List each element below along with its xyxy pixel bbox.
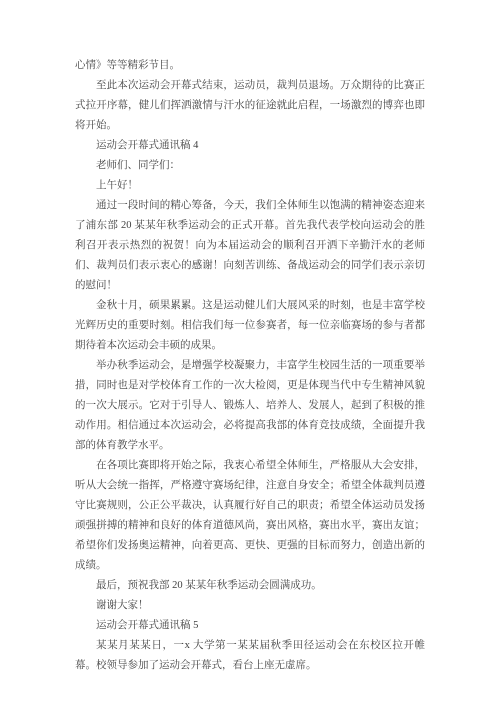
paragraph: 最后，预祝我部 20 某某年秋季运动会圆满成功。 <box>75 576 425 596</box>
paragraph: 在各项比赛即将开始之际，我衷心希望全体师生，严格服从大会安排，听从大会统一指挥，… <box>75 456 425 576</box>
paragraph: 通过一段时间的精心筹备，今天，我们全体师生以饱满的精神姿态迎来了浦东部 20 某… <box>75 196 425 296</box>
paragraph: 心情》等等精彩节目。 <box>75 56 425 76</box>
paragraph: 运动会开幕式通讯稿 5 <box>75 616 425 636</box>
document-text-block: 心情》等等精彩节目。至此本次运动会开幕式结束，运动员，裁判员退场。万众期待的比赛… <box>75 56 425 676</box>
document-page: 心情》等等精彩节目。至此本次运动会开幕式结束，运动员，裁判员退场。万众期待的比赛… <box>0 0 500 707</box>
paragraph: 某某月某某日，一x 大学第一某某届秋季田径运动会在东校区拉开帷幕。校领导参加了运… <box>75 636 425 676</box>
paragraph: 谢谢大家！ <box>75 596 425 616</box>
paragraph: 上午好！ <box>75 176 425 196</box>
paragraph: 至此本次运动会开幕式结束，运动员，裁判员退场。万众期待的比赛正式拉开序幕，健儿们… <box>75 76 425 136</box>
paragraph: 举办秋季运动会，是增强学校凝聚力，丰富学生校园生活的一项重要举措，同时也是对学校… <box>75 356 425 456</box>
paragraph: 老师们、同学们： <box>75 156 425 176</box>
paragraph: 运动会开幕式通讯稿 4 <box>75 136 425 156</box>
paragraph: 金秋十月，硕果累累。这是运动健儿们大展风采的时刻，也是丰富学校光辉历史的重要时刻… <box>75 296 425 356</box>
